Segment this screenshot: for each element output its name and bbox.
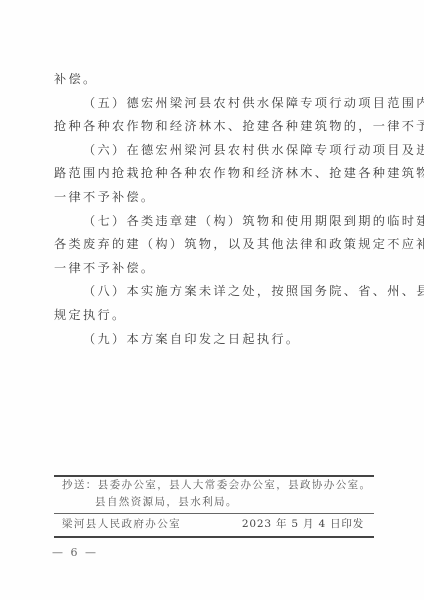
text-line: 一律不予补偿。: [54, 257, 374, 281]
middle-divider: [54, 513, 374, 514]
text-line: 抢种各种农作物和经济林木、抢建各种建筑物的，一律不予补偿。: [54, 115, 374, 139]
issuing-office: 梁河县人民政府办公室: [62, 516, 181, 531]
issue-date: 2023 年 5 月 4 日印发: [242, 516, 364, 531]
paragraph-item-7: （七）各类违章建（构）筑物和使用期限到期的临时建筑物、 各类废弃的建（构）筑物，…: [54, 210, 374, 281]
text-line: 各类废弃的建（构）筑物，以及其他法律和政策规定不应补偿的，: [54, 233, 374, 257]
text-line: （九）本方案自印发之日起执行。: [54, 328, 374, 352]
text-line: （五）德宏州梁河县农村供水保障专项行动项目范围内抢栽: [54, 92, 374, 116]
text-line: （六）在德宏州梁河县农村供水保障专项行动项目及进场道: [54, 139, 374, 163]
paragraph-item-5: （五）德宏州梁河县农村供水保障专项行动项目范围内抢栽 抢种各种农作物和经济林木、…: [54, 92, 374, 139]
cc-recipients-line-1: 抄送：县委办公室，县人大常委会办公室，县政协办公室。: [62, 477, 371, 494]
paragraph-item-6: （六）在德宏州梁河县农村供水保障专项行动项目及进场道 路范围内抢栽抢种各种农作物…: [54, 139, 374, 210]
bottom-divider: [54, 536, 374, 538]
paragraph-item-9: （九）本方案自印发之日起执行。: [54, 328, 374, 352]
text-line: 规定执行。: [54, 304, 374, 328]
text-line: 路范围内抢栽抢种各种农作物和经济林木、抢建各种建筑物的，: [54, 162, 374, 186]
paragraph-continuation: 补偿。: [54, 68, 374, 92]
paragraph-item-8: （八）本实施方案未详之处，按照国务院、省、州、县有关 规定执行。: [54, 280, 374, 327]
text-line: 补偿。: [54, 68, 374, 92]
page-number: — 6 —: [52, 546, 98, 559]
cc-recipients-line-2: 县自然资源局，县水利局。: [95, 494, 238, 511]
text-line: 一律不予补偿。: [54, 186, 374, 210]
text-line: （七）各类违章建（构）筑物和使用期限到期的临时建筑物、: [54, 210, 374, 234]
text-line: （八）本实施方案未详之处，按照国务院、省、州、县有关: [54, 280, 374, 304]
